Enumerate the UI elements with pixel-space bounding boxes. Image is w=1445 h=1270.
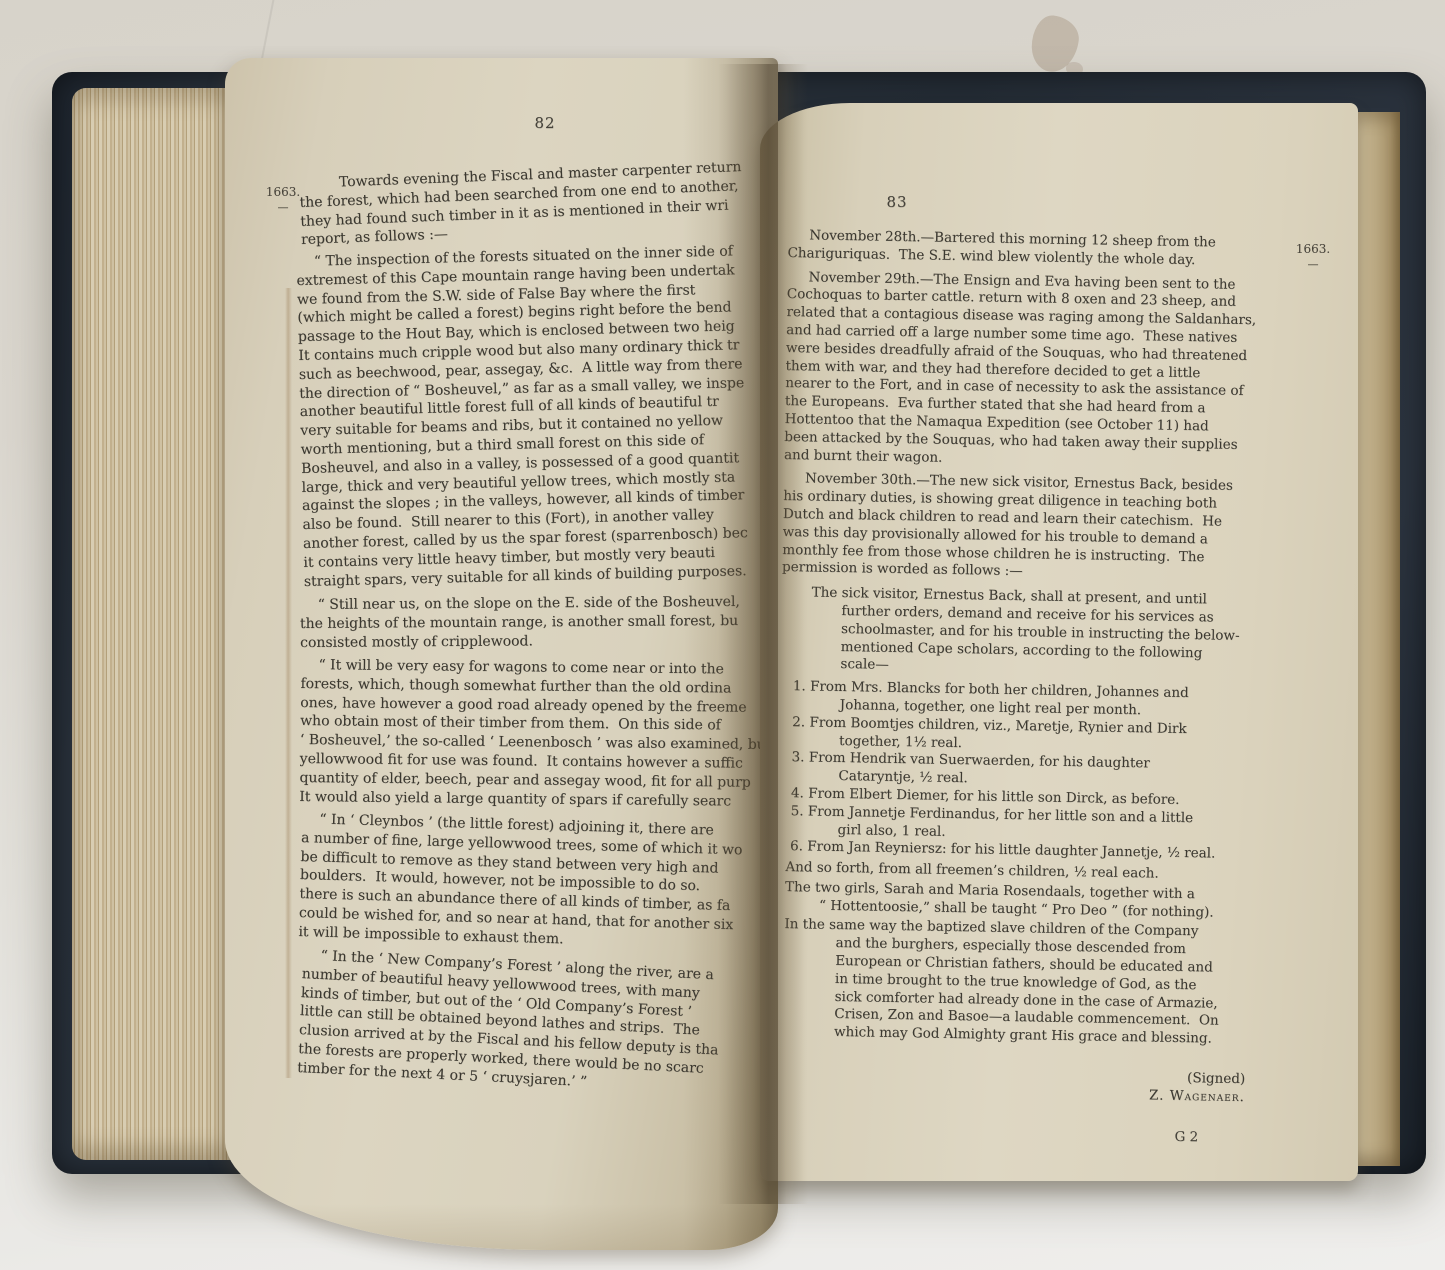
journal-entry-november-30: November 30th.—The new sick visitor, Ern… (782, 470, 1266, 585)
signature-line: (Signed) Z. Wagenaer. (772, 1045, 1255, 1125)
right-page: 83 1663. — November 28th.—Bartered this … (760, 103, 1358, 1181)
margin-year-note-right: 1663. — (1286, 243, 1340, 271)
fee-note-slave-children: In the same way the baptized slave child… (774, 916, 1258, 1049)
fee-scale-list: 1. From Mrs. Blancks for both her childr… (777, 678, 1262, 864)
margin-year-left: 1663. (266, 185, 300, 199)
leaf-crease (285, 288, 292, 1078)
printer-signature-mark: G 2 (772, 1122, 1254, 1148)
page-edge-stack (72, 88, 234, 1160)
book-photo: 82 1663. — Towards evening the Fiscal an… (0, 0, 1445, 1270)
left-page: 82 1663. — Towards evening the Fiscal an… (225, 58, 778, 1250)
page-number-82: 82 (520, 114, 570, 132)
page-number-83: 83 (872, 193, 922, 211)
right-page-text-column: November 28th.—Bartered this morning 12 … (772, 227, 1270, 1148)
margin-year-dash-right: — (1286, 258, 1340, 271)
permission-scale-preamble: The sick visitor, Ernestus Back, shall a… (780, 584, 1263, 681)
signed-label: (Signed) (1187, 1070, 1245, 1087)
margin-year-right: 1663. (1296, 242, 1330, 256)
journal-entry-november-28: November 28th.—Bartered this morning 12 … (787, 227, 1270, 271)
gutter-inner-shade-right (760, 103, 804, 1181)
signed-name: Z. Wagenaer. (1149, 1087, 1245, 1105)
journal-entry-november-29: November 29th.—The Ensign and Eva having… (784, 269, 1269, 473)
fee-note-pro-deo: The two girls, Sarah and Maria Rosendaal… (776, 879, 1259, 923)
